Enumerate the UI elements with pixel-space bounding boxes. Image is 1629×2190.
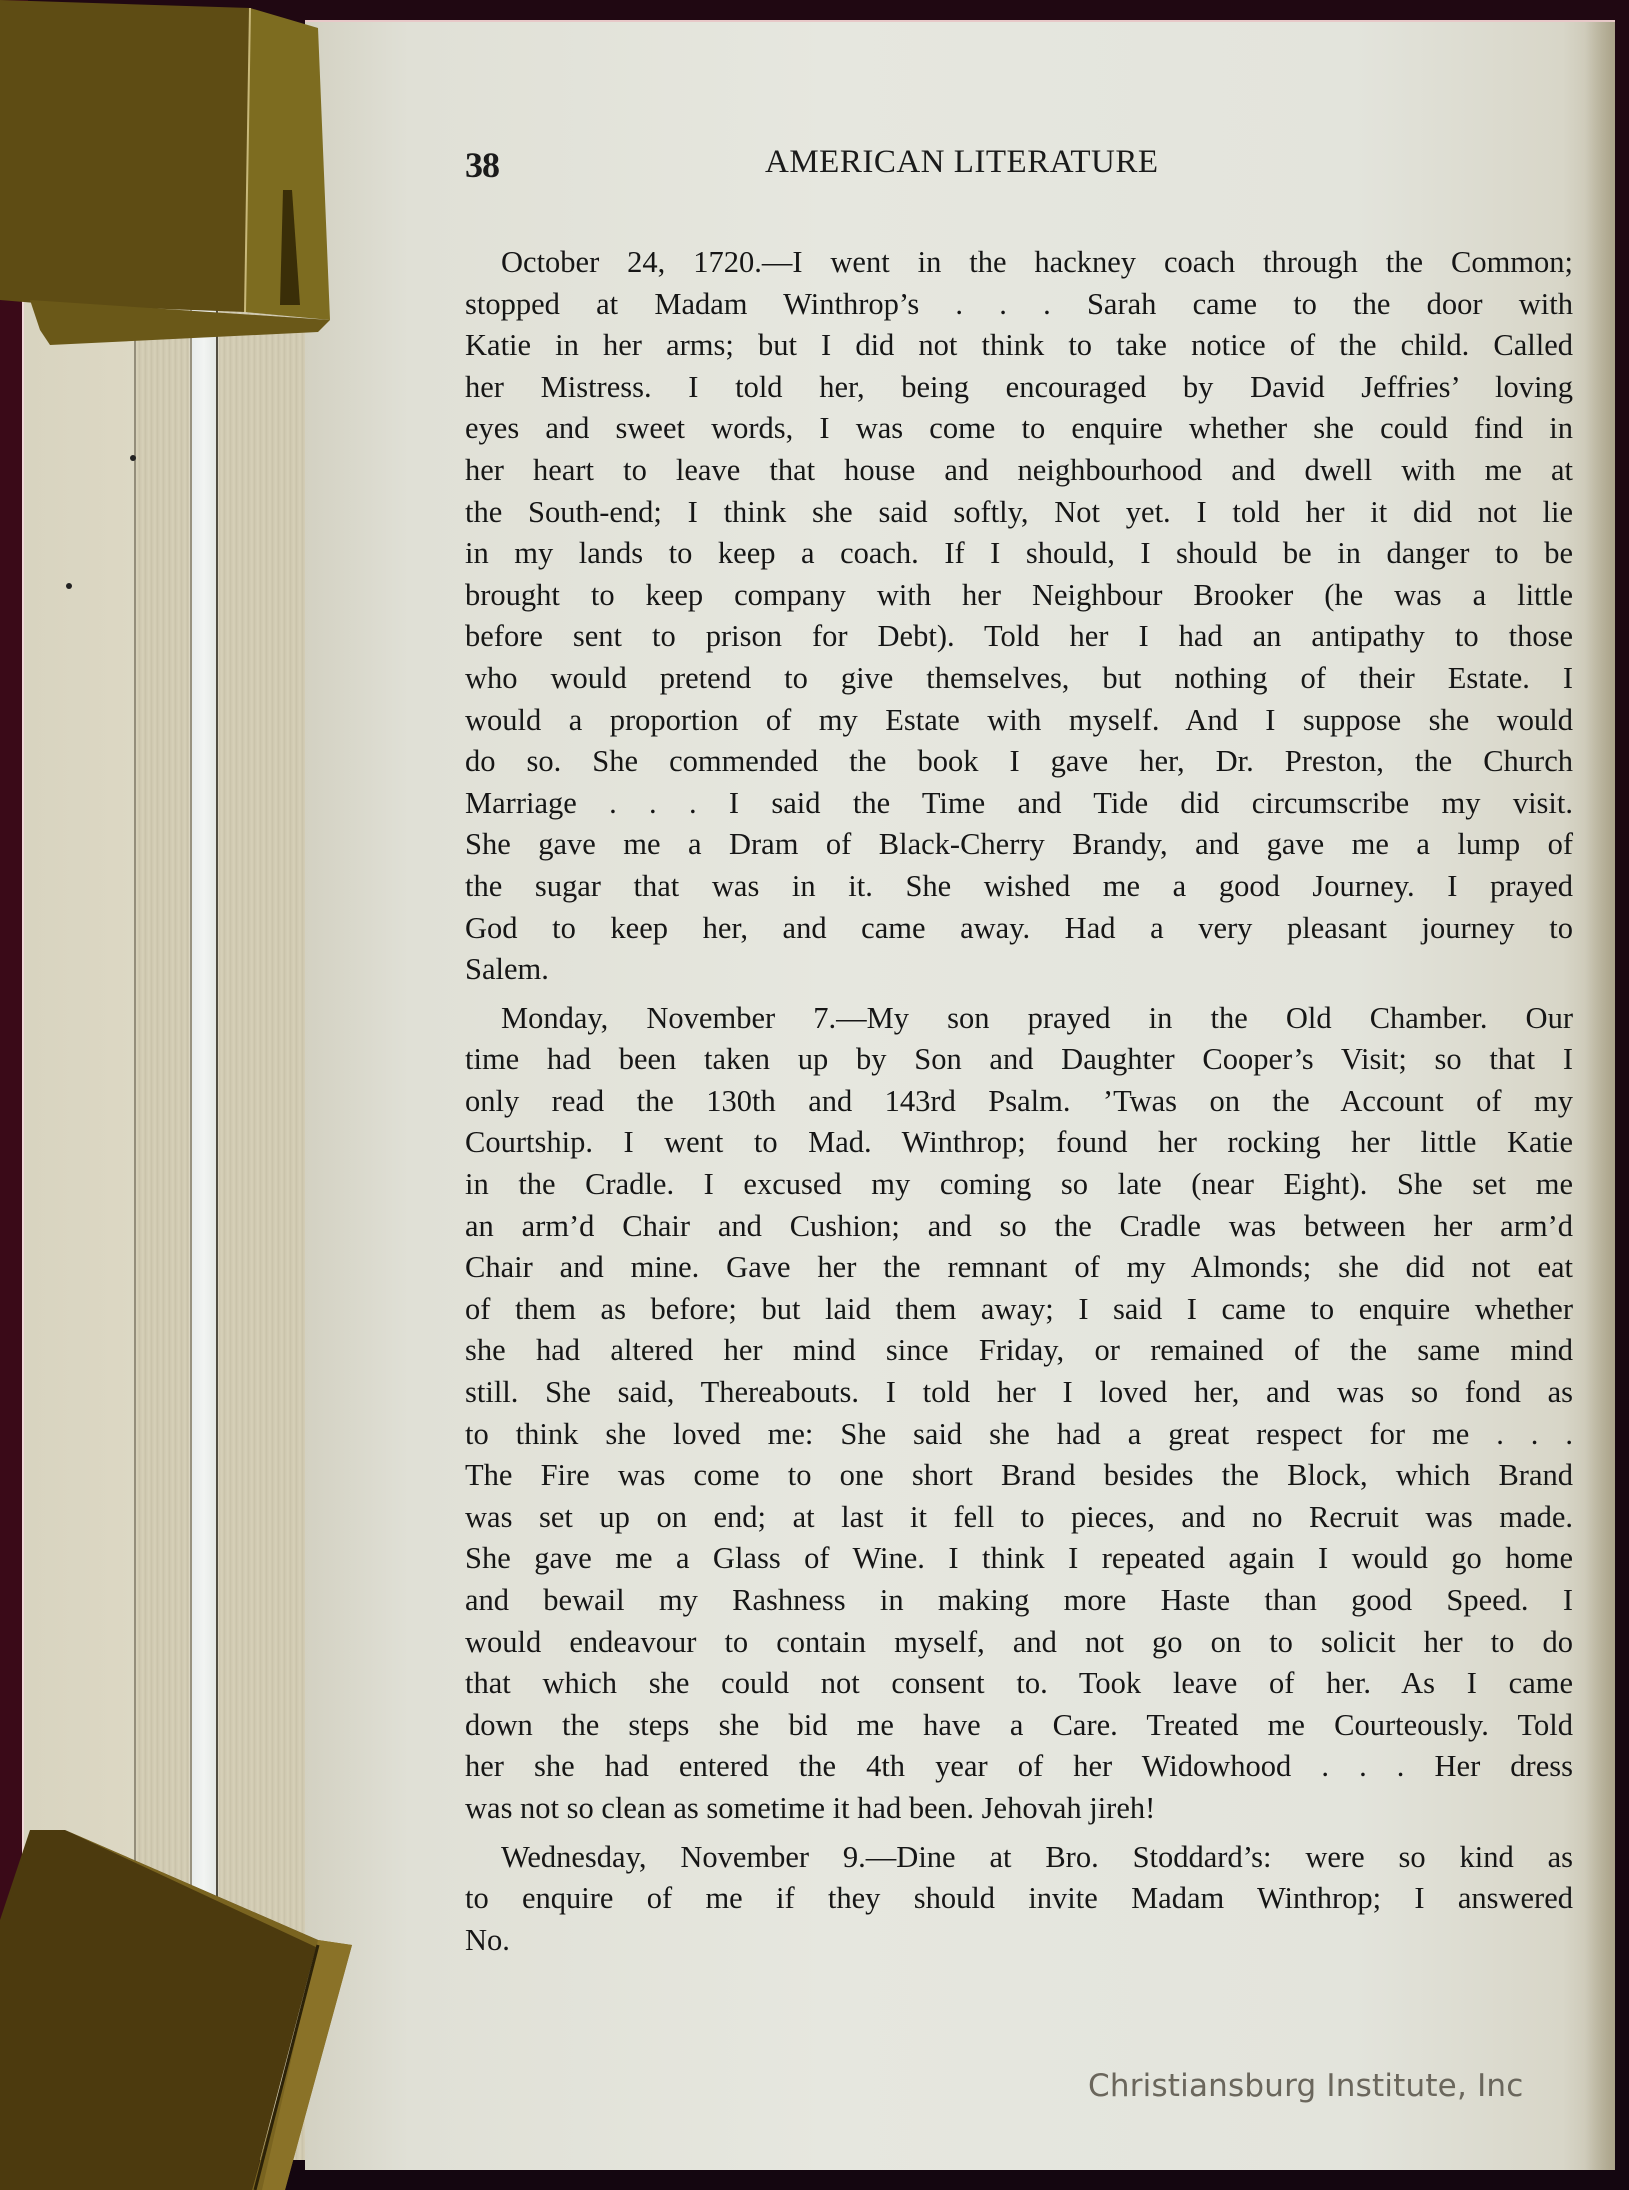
text-line: was set up on end; at last it fell to pi…: [465, 1497, 1573, 1539]
text-line: in my lands to keep a coach. If I should…: [465, 533, 1573, 575]
page-gutter-shadow: [1585, 22, 1615, 2170]
text-line: the South-end; I think she said softly, …: [465, 492, 1573, 534]
diary-entry-november-7: Monday, November 7.—My son prayed in the…: [465, 998, 1573, 1830]
text-line: her heart to leave that house and neighb…: [465, 450, 1573, 492]
text-line: to enquire of me if they should invite M…: [465, 1878, 1573, 1920]
paper-speck: [66, 583, 72, 589]
text-line: October 24, 1720.—I went in the hackney …: [465, 242, 1573, 284]
text-line: and bewail my Rashness in making more Ha…: [465, 1580, 1573, 1622]
text-line: in the Cradle. I excused my coming so la…: [465, 1164, 1573, 1206]
text-line: down the steps she bid me have a Care. T…: [465, 1705, 1573, 1747]
text-line: would endeavour to contain myself, and n…: [465, 1622, 1573, 1664]
book-page: 38 AMERICAN LITERATURE October 24, 1720.…: [305, 20, 1615, 2170]
page-number: 38: [465, 144, 499, 186]
text-line: only read the 130th and 143rd Psalm. ’Tw…: [465, 1081, 1573, 1123]
text-line: eyes and sweet words, I was come to enqu…: [465, 408, 1573, 450]
page-clamp-top-icon: [0, 0, 335, 345]
text-line: still. She said, Thereabouts. I told her…: [465, 1372, 1573, 1414]
text-line: She gave me a Glass of Wine. I think I r…: [465, 1538, 1573, 1580]
text-line: do so. She commended the book I gave her…: [465, 741, 1573, 783]
text-line: that which she could not consent to. Too…: [465, 1663, 1573, 1705]
text-line: her Mistress. I told her, being encourag…: [465, 367, 1573, 409]
text-line: to think she loved me: She said she had …: [465, 1414, 1573, 1456]
text-line: The Fire was come to one short Brand bes…: [465, 1455, 1573, 1497]
text-line: brought to keep company with her Neighbo…: [465, 575, 1573, 617]
text-line: Chair and mine. Gave her the remnant of …: [465, 1247, 1573, 1289]
text-line: God to keep her, and came away. Had a ve…: [465, 908, 1573, 950]
text-line: Wednesday, November 9.—Dine at Bro. Stod…: [465, 1837, 1573, 1879]
book-photo-scene: 38 AMERICAN LITERATURE October 24, 1720.…: [0, 0, 1629, 2190]
text-line: she had altered her mind since Friday, o…: [465, 1330, 1573, 1372]
text-line: before sent to prison for Debt). Told he…: [465, 616, 1573, 658]
text-line: was not so clean as sometime it had been…: [465, 1788, 1573, 1830]
diary-entry-october-24: October 24, 1720.—I went in the hackney …: [465, 242, 1573, 991]
text-line: She gave me a Dram of Black-Cherry Brand…: [465, 824, 1573, 866]
diary-entry-november-9: Wednesday, November 9.—Dine at Bro. Stod…: [465, 1837, 1573, 1962]
paper-speck: [130, 455, 136, 461]
text-line: Marriage . . . I said the Time and Tide …: [465, 783, 1573, 825]
text-line: Courtship. I went to Mad. Winthrop; foun…: [465, 1122, 1573, 1164]
text-line: who would pretend to give themselves, bu…: [465, 658, 1573, 700]
text-line: her she had entered the 4th year of her …: [465, 1746, 1573, 1788]
text-line: of them as before; but laid them away; I…: [465, 1289, 1573, 1331]
text-line: No.: [465, 1920, 1573, 1962]
text-line: Katie in her arms; but I did not think t…: [465, 325, 1573, 367]
text-line: an arm’d Chair and Cushion; and so the C…: [465, 1206, 1573, 1248]
text-line: would a proportion of my Estate with mys…: [465, 700, 1573, 742]
running-title: AMERICAN LITERATURE: [765, 144, 1159, 181]
watermark: Christiansburg Institute, Inc: [1088, 2068, 1524, 2104]
text-line: Salem.: [465, 949, 1573, 991]
text-line: stopped at Madam Winthrop’s . . . Sarah …: [465, 284, 1573, 326]
page-body: October 24, 1720.—I went in the hackney …: [465, 242, 1573, 1968]
page-clamp-bottom-icon: [0, 1800, 360, 2190]
text-line: Monday, November 7.—My son prayed in the…: [465, 998, 1573, 1040]
text-line: time had been taken up by Son and Daught…: [465, 1039, 1573, 1081]
text-line: the sugar that was in it. She wished me …: [465, 866, 1573, 908]
